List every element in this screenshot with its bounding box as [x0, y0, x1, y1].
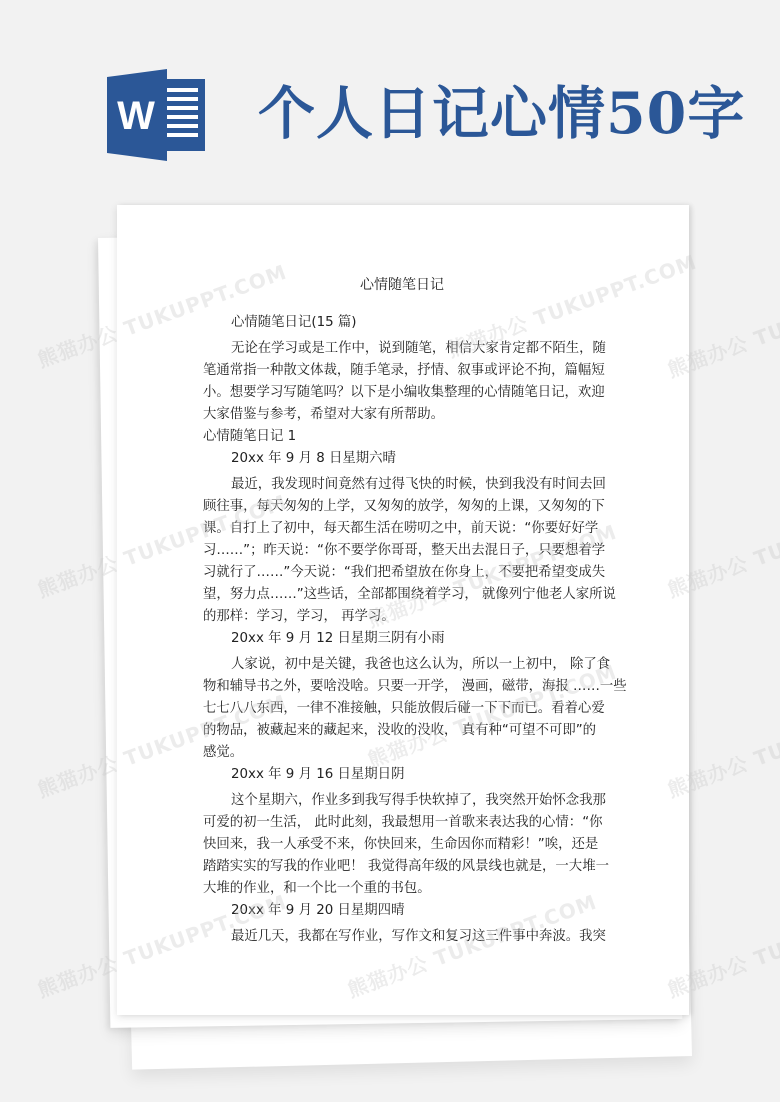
banner-title: 个人日记心情50字 [258, 74, 745, 154]
entry-line: 最近，我发现时间竟然有过得飞快的时候，快到我没有时间去回 [203, 474, 613, 496]
intro-line: 无论在学习或是工作中，说到随笔，相信大家肯定都不陌生，随 [203, 338, 613, 360]
entry-line: 习……”；昨天说：“你不要学你哥哥，整天出去混日子，只要想着学 [203, 540, 613, 562]
entry-line: 物和辅导书之外，要啥没啥。只要一开学， 漫画，磁带，海报 ……一些 [203, 676, 613, 698]
entry-line: 大堆的作业，和一个比一个重的书包。 [203, 878, 613, 900]
entry-date: 20xx 年 9 月 8 日星期六晴 [203, 448, 613, 470]
entry-line: 踏踏实实的写我的作业吧！ 我觉得高年级的风景线也就是，一大堆一 [203, 856, 613, 878]
entry-date: 20xx 年 9 月 12 日星期三阴有小雨 [203, 628, 613, 650]
entry-line: 望，努力点……”这些话，全部都围绕着学习， 就像列宁他老人家所说 [203, 584, 613, 606]
entry-line: 顾往事，每天匆匆的上学，又匆匆的放学，匆匆的上课，又匆匆的下 [203, 496, 613, 518]
entry-line: 可爱的初一生活， 此时此刻，我最想用一首歌来表达我的心情：“你 [203, 812, 613, 834]
entry-line: 这个星期六，作业多到我写得手快软掉了，我突然开始怀念我那 [203, 790, 613, 812]
entry-line: 感觉。 [203, 742, 613, 764]
entry-line: 人家说，初中是关键，我爸也这么认为，所以一上初中， 除了食 [203, 654, 613, 676]
entry-date: 20xx 年 9 月 16 日星期日阴 [203, 764, 613, 786]
entry-line: 的物品，被藏起来的藏起来，没收的没收， 真有种“可望不可即”的 [203, 720, 613, 742]
section-heading: 心情随笔日记 1 [203, 426, 613, 448]
entry-date: 20xx 年 9 月 20 日星期四晴 [203, 900, 613, 922]
entry-line: 快回来，我一人承受不来，你快回来，生命因你而精彩！”唉，还是 [203, 834, 613, 856]
document-subtitle: 心情随笔日记(15 篇) [203, 312, 613, 334]
entry-line: 最近几天，我都在写作业，写作文和复习这三件事中奔波。我突 [203, 926, 613, 948]
document-body: 心情随笔日记 心情随笔日记(15 篇) 无论在学习或是工作中，说到随笔，相信大家… [203, 270, 613, 948]
intro-line: 小。想要学习写随笔吗？以下是小编收集整理的心情随笔日记，欢迎 [203, 382, 613, 404]
document-title: 心情随笔日记 [203, 270, 613, 300]
entry-line: 的那样：学习，学习， 再学习。 [203, 606, 613, 628]
intro-line: 笔通常指一种散文体裁，随手笔录，抒情、叙事或评论不拘，篇幅短 [203, 360, 613, 382]
entry-line: 习就行了……”今天说：“我们把希望放在你身上，不要把希望变成失 [203, 562, 613, 584]
intro-line: 大家借鉴与参考，希望对大家有所帮助。 [203, 404, 613, 426]
svg-text:W: W [117, 94, 155, 138]
entry-line: 课。自打上了初中，每天都生活在唠叨之中，前天说：“你要好好学 [203, 518, 613, 540]
entry-line: 七七八八东西，一律不准接触，只能放假后碰一下下而已。看着心爱 [203, 698, 613, 720]
word-document-icon: W [107, 69, 207, 161]
